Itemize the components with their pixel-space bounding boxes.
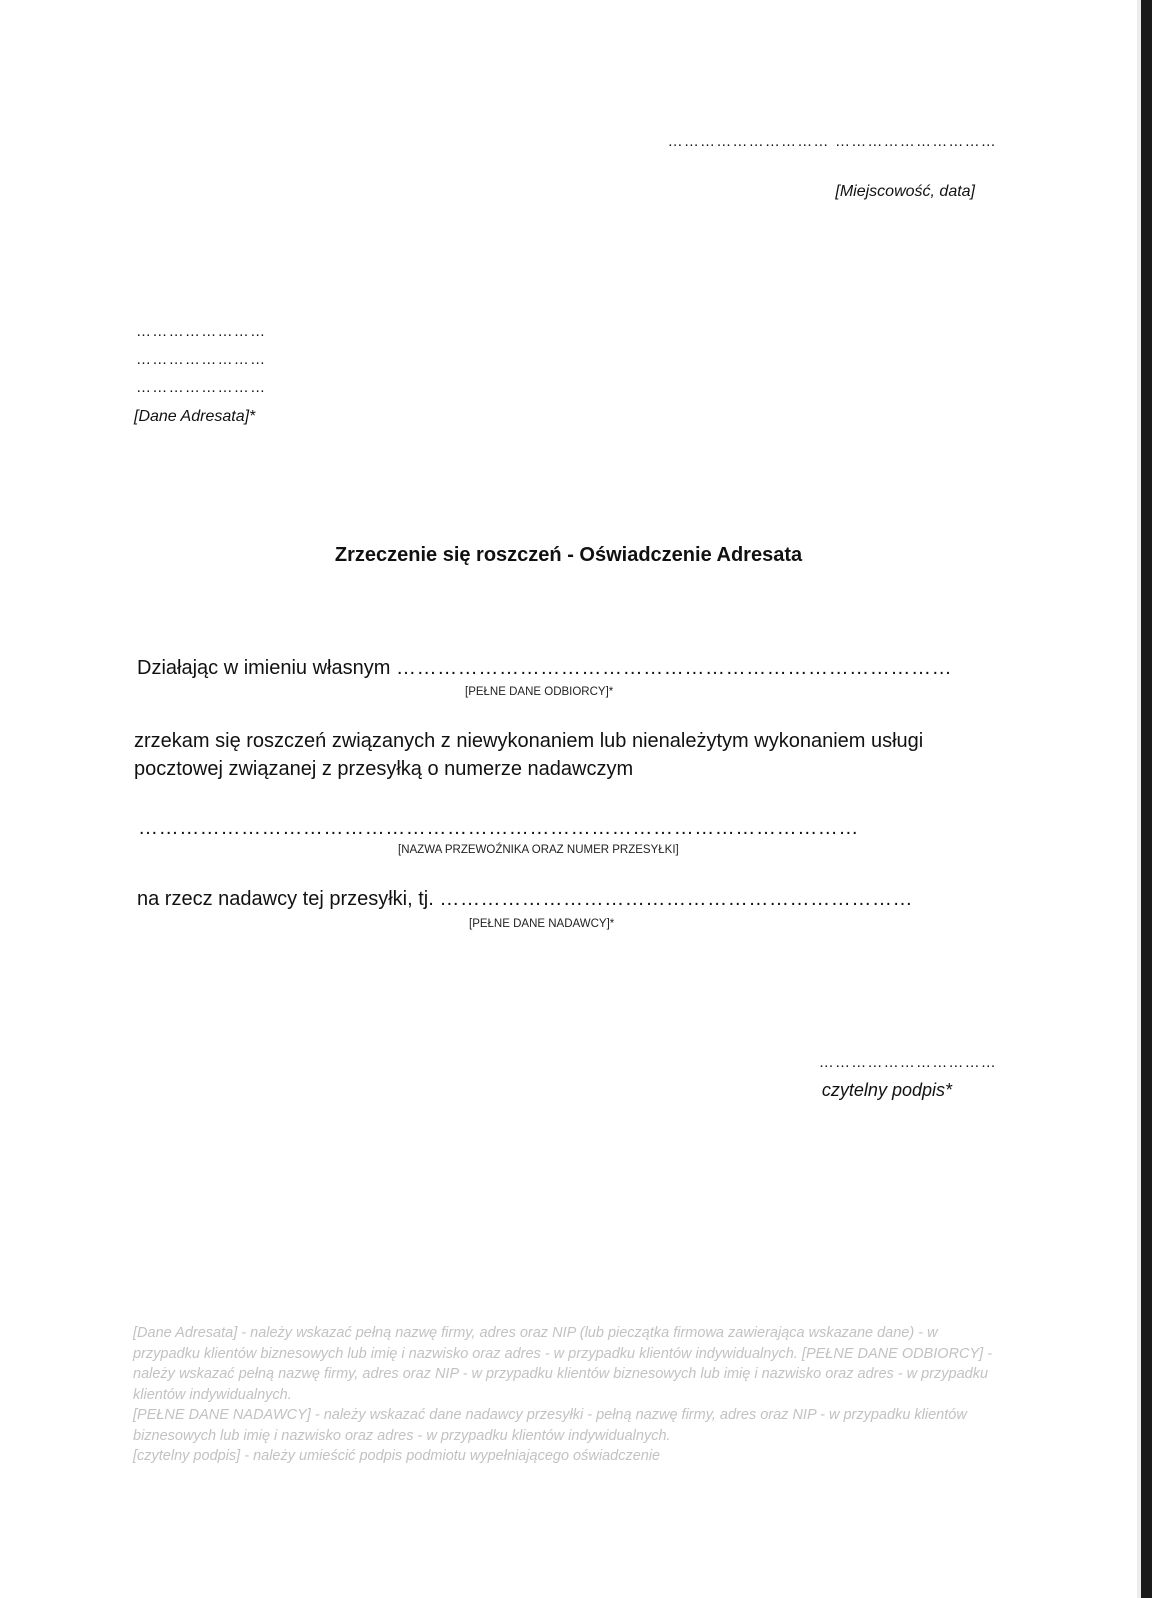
addressee-field-line-3[interactable]: ……………………	[136, 379, 266, 396]
footnotes: [Dane Adresata] - należy wskazać pełną n…	[133, 1323, 1003, 1467]
footnote-sender: [PEŁNE DANE NADAWCY] - należy wskazać da…	[133, 1405, 1003, 1446]
place-date-field[interactable]: ………………………… …………………………	[668, 133, 997, 150]
sender-data-field[interactable]: ……………………………………………………………	[439, 888, 913, 910]
addressee-field-line-1[interactable]: ……………………	[136, 323, 266, 340]
sender-line: na rzecz nadawcy tej przesyłki, tj. ……………	[137, 888, 913, 911]
document-page: ………………………… ………………………… [Miejscowość, data…	[0, 0, 1137, 1598]
footnote-addressee-recipient: [Dane Adresata] - należy wskazać pełną n…	[133, 1323, 1003, 1405]
sender-data-hint: [PEŁNE DANE NADAWCY]*	[469, 918, 614, 930]
addressee-field-line-2[interactable]: ……………………	[136, 351, 266, 368]
document-title: Zrzeczenie się roszczeń - Oświadczenie A…	[0, 544, 1137, 567]
carrier-shipment-field[interactable]: ……………………………………………………………………………………………	[138, 817, 859, 840]
signature-label: czytelny podpis*	[822, 1080, 952, 1101]
recipient-data-hint: [PEŁNE DANE ODBIORCY]*	[465, 686, 613, 698]
waiver-paragraph: zrzekam się roszczeń związanych z niewyk…	[134, 727, 1004, 783]
addressee-label: [Dane Adresata]*	[134, 408, 255, 426]
signature-field[interactable]: ……………………………	[819, 1054, 997, 1071]
acting-line-text: Działając w imieniu własnym	[137, 657, 396, 679]
footnote-signature: [czytelny podpis] - należy umieścić podp…	[133, 1446, 1003, 1467]
recipient-data-field[interactable]: ………………………………………………………………………	[396, 657, 952, 679]
place-date-label: [Miejscowość, data]	[835, 183, 975, 201]
acting-line: Działając w imieniu własnym …………………………………	[137, 657, 952, 680]
carrier-shipment-hint: [NAZWA PRZEWOŹNIKA ORAZ NUMER PRZESYŁKI]	[398, 844, 679, 856]
sender-line-text: na rzecz nadawcy tej przesyłki, tj.	[137, 888, 439, 910]
page-border	[1141, 0, 1152, 1598]
